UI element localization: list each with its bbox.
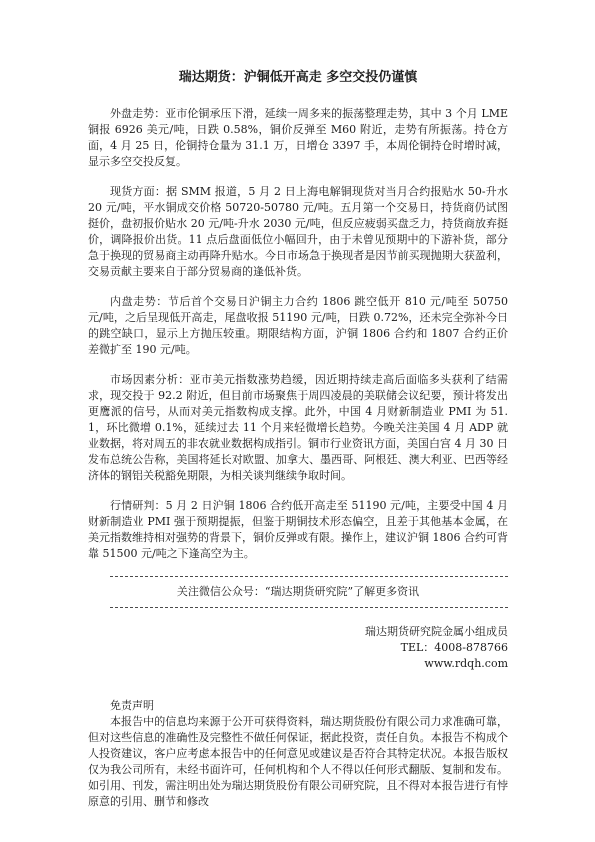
report-title: 瑞达期货：沪铜低开高走 多空交投仍谨慎 [88,70,508,86]
para-market-outlook: 行情研判：5 月 2 日沪铜 1806 合约低开高走至 51190 元/吨，主要… [88,498,508,562]
dashed-divider-top [110,576,508,577]
contact-tel: TEL：4008-878766 [88,640,508,656]
disclaimer-heading: 免责声明 [88,698,508,714]
wechat-notice: 关注微信公众号：“瑞达期货研究院”了解更多资讯 [88,584,508,600]
contact-website: www.rdqh.com [88,656,508,672]
disclaimer-body: 本报告中的信息均来源于公开可获得资料，瑞达期货股份有限公司力求准确可靠，但对这些… [88,714,508,810]
report-page: 瑞达期货：沪铜低开高走 多空交投仍谨慎 外盘走势：亚市伦铜承压下滑，延续一周多来… [0,0,595,842]
para-outer-market-trend: 外盘走势：亚市伦铜承压下滑，延续一周多来的振荡整理走势，其中 3 个月 LME … [88,106,508,170]
para-spot-market: 现货方面：据 SMM 报道，5 月 2 日上海电解铜现货对当月合约报贴水 50-… [88,184,508,280]
contact-block: 瑞达期货研究院金属小组成员 TEL：4008-878766 www.rdqh.c… [88,624,508,672]
para-domestic-market-trend: 内盘走势：节后首个交易日沪铜主力合约 1806 跳空低开 810 元/吨至 50… [88,294,508,358]
para-market-factor-analysis: 市场因素分析：亚市美元指数涨势趋缓，因近期持续走高后面临多头获利了结需求，现交投… [88,372,508,484]
contact-team: 瑞达期货研究院金属小组成员 [88,624,508,640]
dashed-divider-bottom [110,607,508,608]
